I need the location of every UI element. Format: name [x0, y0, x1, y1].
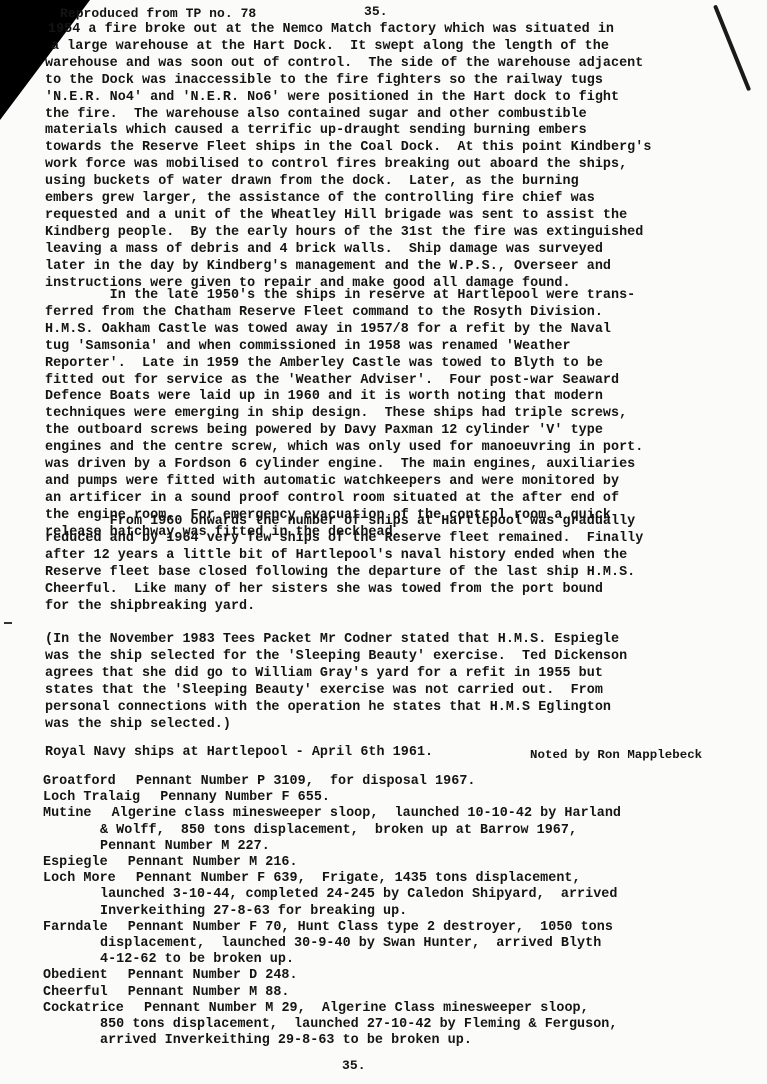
text-line: leaving a mass of debris and 4 brick wal…: [45, 242, 603, 258]
margin-pen-mark: [713, 5, 751, 92]
ship-detail: Algerine class minesweeper sloop, launch…: [112, 806, 621, 822]
ship-detail: displacement, launched 30-9-40 by Swan H…: [100, 936, 601, 952]
text-line: agrees that she did go to William Gray's…: [45, 666, 603, 682]
text-line: a large warehouse at the Hart Dock. It s…: [51, 39, 609, 55]
text-line: personal connections with the operation …: [45, 700, 611, 716]
document-page: Reproduced from TP no. 78 35. 1954 a fir…: [0, 0, 767, 1084]
text-line: 'N.E.R. No4' and 'N.E.R. No6' were posit…: [45, 90, 619, 106]
ship-detail: Pennant Number M 227.: [100, 839, 270, 855]
text-line: later in the day by Kindberg's managemen…: [45, 259, 611, 275]
text-line: an artificer in a sound proof control ro…: [45, 491, 619, 507]
ship-detail: Pennant Number P 3109, for disposal 1967…: [136, 774, 476, 790]
ship-detail: Pennant Number F 70, Hunt Class type 2 d…: [128, 920, 613, 936]
text-line: Cheerful. Like many of her sisters she w…: [45, 582, 603, 598]
ship-name: Farndale: [43, 920, 108, 936]
ship-list-title: Royal Navy ships at Hartlepool - April 6…: [45, 745, 433, 761]
text-line: engines and the centre screw, which was …: [45, 440, 643, 456]
text-line: warehouse and was soon out of control. T…: [45, 56, 643, 72]
ship-detail: Pennant Number D 248.: [128, 968, 298, 984]
text-line: 1954 a fire broke out at the Nemco Match…: [48, 22, 614, 38]
text-line: Reserve fleet base closed following the …: [45, 565, 635, 581]
ship-detail: launched 3-10-44, completed 24-245 by Ca…: [100, 887, 617, 903]
text-line: From 1960 onwards the number of ships at…: [45, 514, 635, 530]
ship-name: Loch More: [43, 871, 116, 887]
text-line: after 12 years a little bit of Hartlepoo…: [45, 548, 627, 564]
ship-detail: Pennant Number M 29, Algerine Class mine…: [144, 1001, 589, 1017]
ship-name: Obedient: [43, 968, 108, 984]
text-line: and pumps were fitted with automatic wat…: [45, 474, 619, 490]
ship-detail: 850 tons displacement, launched 27-10-42…: [100, 1017, 617, 1033]
text-line: was the ship selected.): [45, 717, 231, 733]
ship-name: Mutine: [43, 806, 92, 822]
text-line: was the ship selected for the 'Sleeping …: [45, 649, 627, 665]
ship-name: Cockatrice: [43, 1001, 124, 1017]
ship-detail: 4-12-62 to be broken up.: [100, 952, 294, 968]
text-line: (In the November 1983 Tees Packet Mr Cod…: [45, 632, 619, 648]
ship-detail: Pennant Number M 216.: [128, 855, 298, 871]
ship-detail: Pennant Number M 88.: [128, 985, 290, 1001]
text-line: the fire. The warehouse also contained s…: [45, 107, 587, 123]
text-line: to the Dock was inaccessible to the fire…: [45, 73, 603, 89]
ship-detail: & Wolff, 850 tons displacement, broken u…: [100, 823, 577, 839]
text-line: states that the 'Sleeping Beauty' exerci…: [45, 683, 603, 699]
text-line: tug 'Samsonia' and when commissioned in …: [45, 339, 571, 355]
source-note: Reproduced from TP no. 78: [60, 6, 256, 22]
text-line: towards the Reserve Fleet ships in the C…: [45, 140, 651, 156]
text-line: Defence Boats were laid up in 1960 and i…: [45, 389, 603, 405]
margin-mark: [4, 622, 12, 624]
text-line: fitted out for service as the 'Weather A…: [45, 373, 619, 389]
text-line: Kindberg people. By the early hours of t…: [45, 225, 643, 241]
ship-name: Espiegle: [43, 855, 108, 871]
ship-name: Groatford: [43, 774, 116, 790]
text-line: was driven by a Fordson 6 cylinder engin…: [45, 457, 635, 473]
text-line: techniques were emerging in ship design.…: [45, 406, 627, 422]
noted-by: Noted by Ron Mapplebeck: [530, 747, 702, 763]
ship-detail: Pennany Number F 655.: [160, 790, 330, 806]
text-line: the outboard screws being powered by Dav…: [45, 423, 603, 439]
text-line: H.M.S. Oakham Castle was towed away in 1…: [45, 322, 611, 338]
text-line: In the late 1950's the ships in reserve …: [45, 288, 635, 304]
text-line: Reporter'. Late in 1959 the Amberley Cas…: [45, 356, 603, 372]
text-line: using buckets of water drawn from the do…: [45, 174, 579, 190]
text-line: ferred from the Chatham Reserve Fleet co…: [45, 305, 603, 321]
ship-name: Cheerful: [43, 985, 108, 1001]
ship-detail: Pennant Number F 639, Frigate, 1435 tons…: [136, 871, 581, 887]
text-line: embers grew larger, the assistance of th…: [45, 191, 595, 207]
ship-detail: arrived Inverkeithing 29-8-63 to be brok…: [100, 1033, 472, 1049]
page-number-top: 35.: [364, 4, 388, 20]
text-line: reduced and by 1964 very few ships of th…: [45, 531, 643, 547]
text-line: requested and a unit of the Wheatley Hil…: [45, 208, 627, 224]
text-line: for the shipbreaking yard.: [45, 599, 255, 615]
ship-name: Loch Tralaig: [43, 790, 140, 806]
page-number-bottom: 35.: [342, 1058, 366, 1074]
text-line: work force was mobilised to control fire…: [45, 157, 627, 173]
ship-detail: Inverkeithing 27-8-63 for breaking up.: [100, 904, 407, 920]
text-line: materials which caused a terrific up-dra…: [45, 123, 587, 139]
